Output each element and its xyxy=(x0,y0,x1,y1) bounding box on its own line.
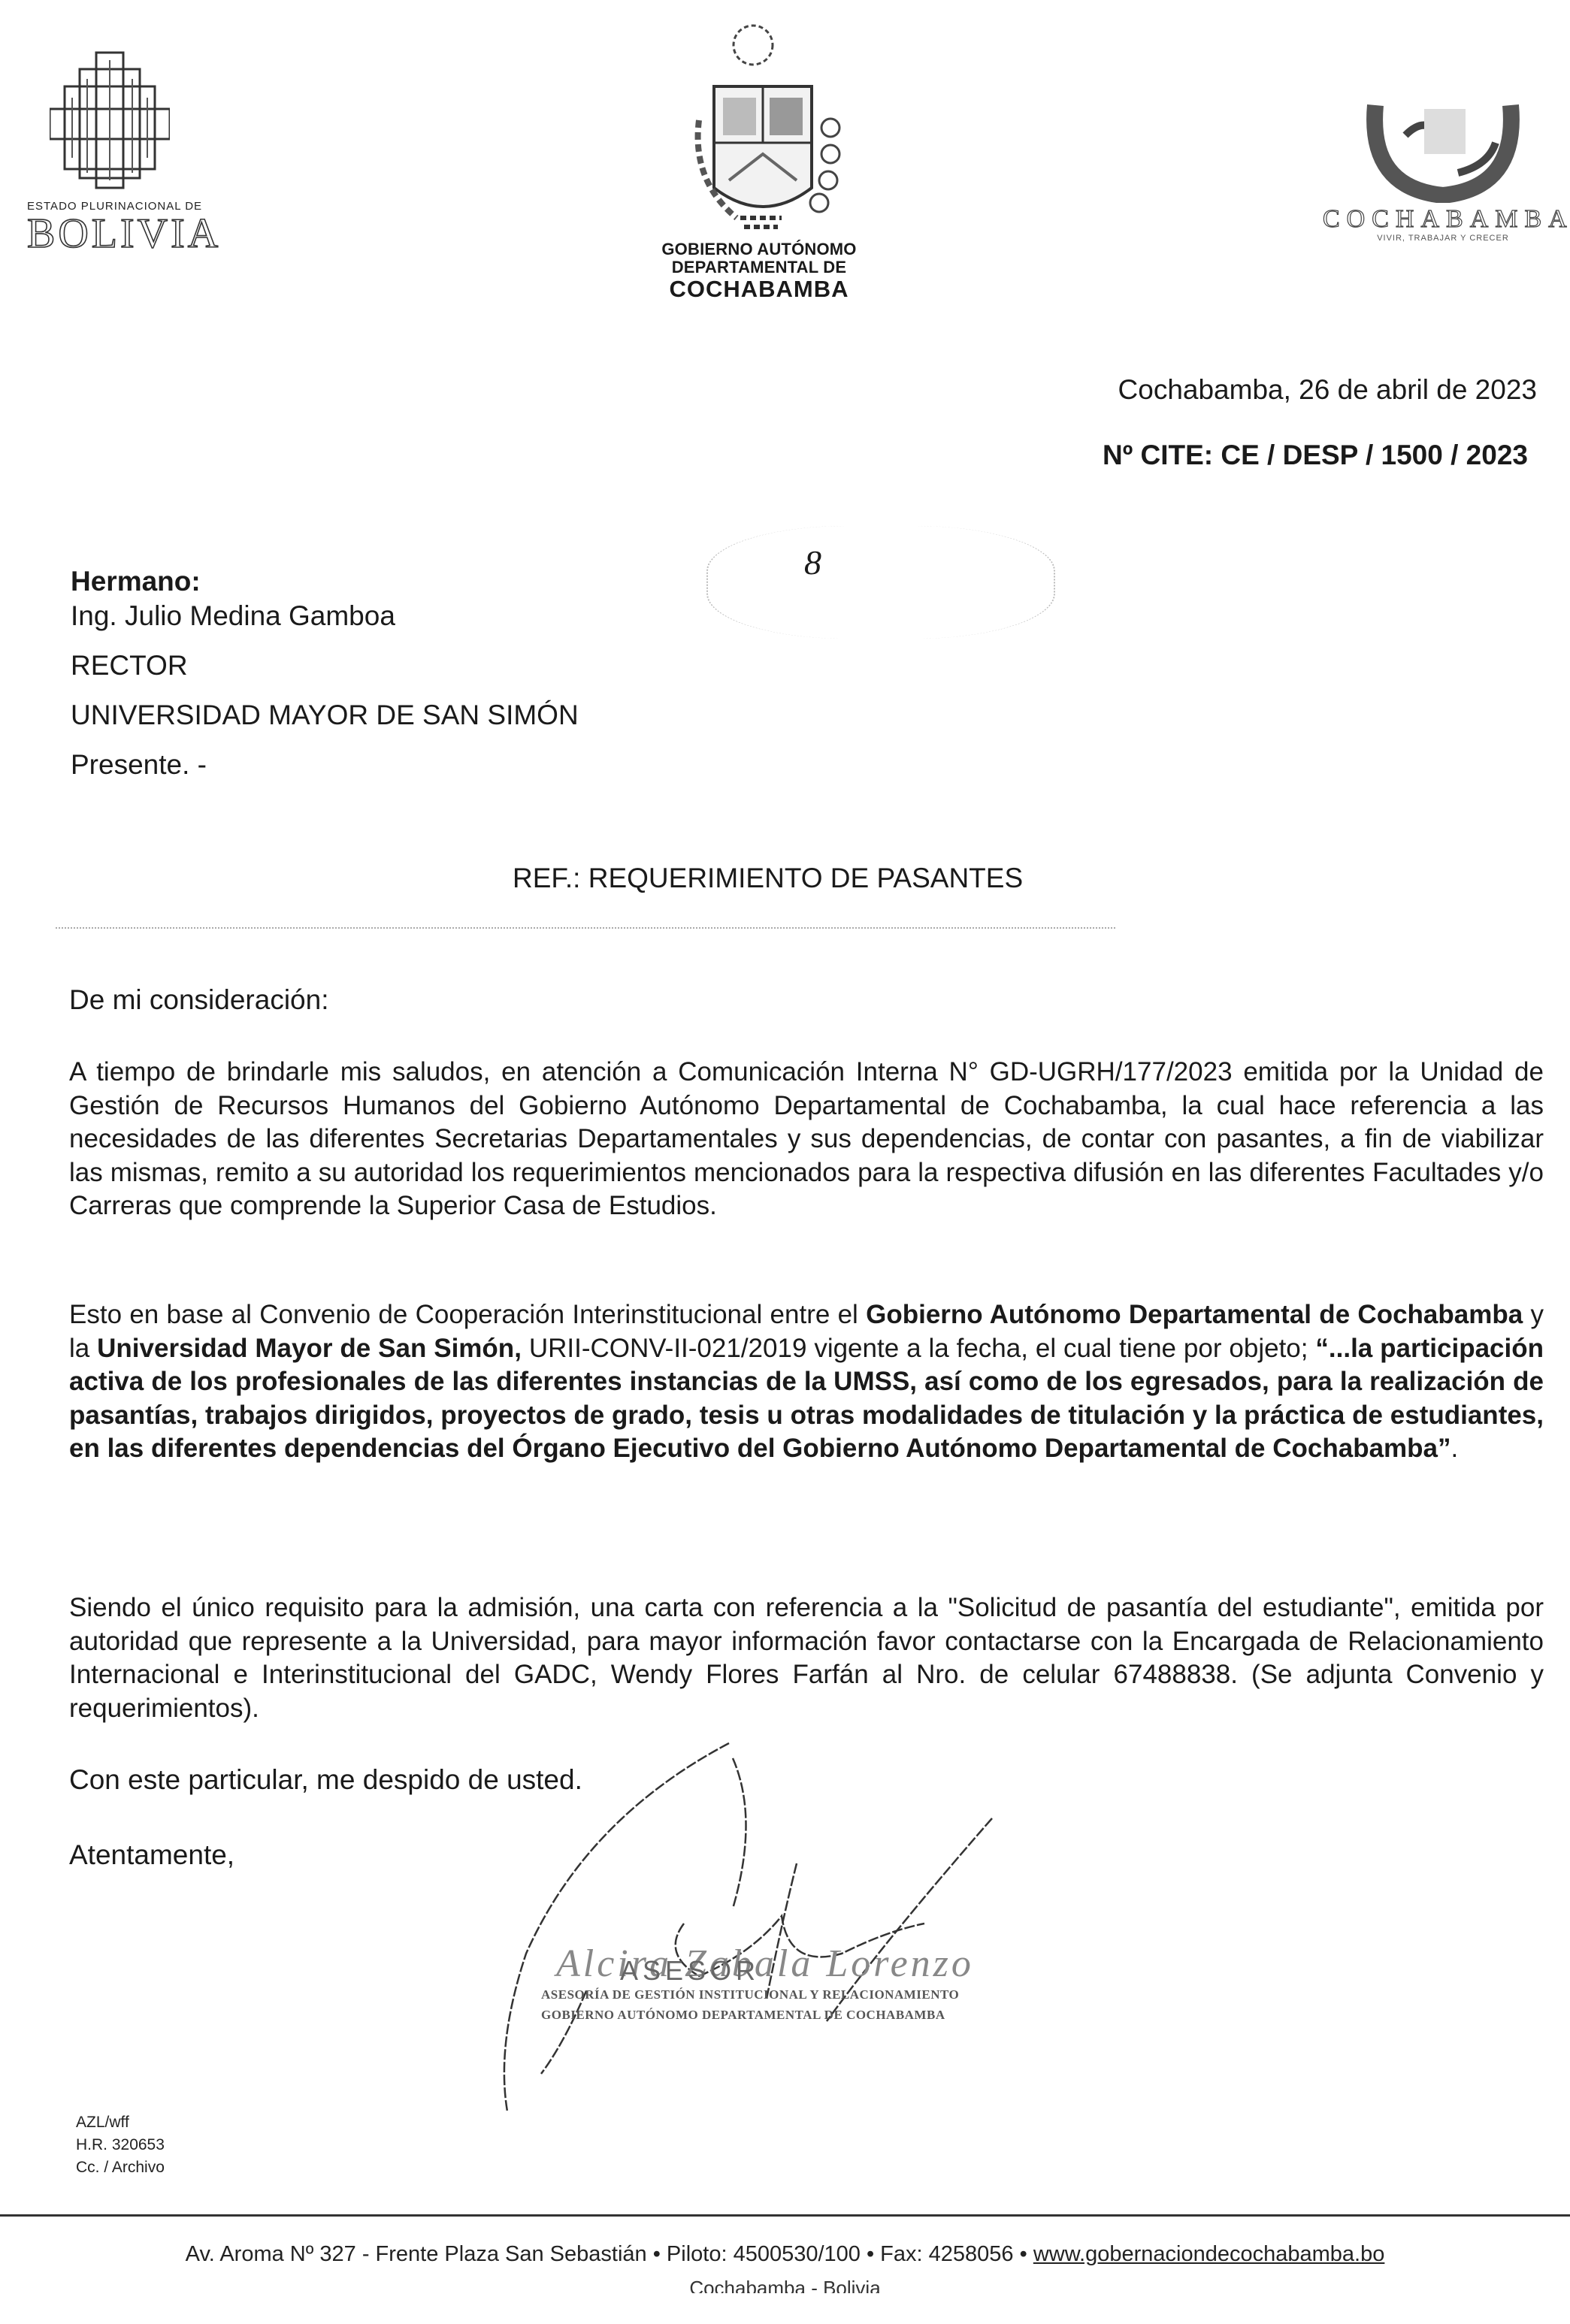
recipient-salutation: Hermano: xyxy=(71,565,579,598)
gadc-name-line: GOBIERNO AUTÓNOMO xyxy=(646,240,872,258)
signature-name-stamp: Alcira Zabala Lorenzo xyxy=(554,1942,974,1985)
signer-title: ASESOR xyxy=(620,1955,760,1987)
p2-bold-gadc: Gobierno Autónomo Departamental de Cocha… xyxy=(866,1300,1523,1329)
cochabamba-brand-logo: COCHABAMBA VIVIR, TRABAJAR Y CRECER xyxy=(1323,75,1563,243)
body-paragraph-3: Siendo el único requisito para la admisi… xyxy=(69,1591,1544,1725)
opening-salutation: De mi consideración: xyxy=(69,984,328,1016)
reference-divider xyxy=(56,927,1115,929)
initials-line: AZL/wff xyxy=(76,2111,165,2134)
body-paragraph-2: Esto en base al Convenio de Cooperación … xyxy=(69,1298,1544,1466)
p2-text: URII-CONV-II-021/2019 vigente a la fecha… xyxy=(522,1334,1315,1363)
footer-address: Av. Aroma Nº 327 - Frente Plaza San Seba… xyxy=(0,2242,1570,2267)
gadc-name-line: DEPARTAMENTAL DE xyxy=(646,258,872,277)
body-paragraph-1: A tiempo de brindarle mis saludos, en at… xyxy=(69,1056,1544,1223)
chakana-cross-icon xyxy=(50,45,170,195)
signer-unit: ASESORÍA DE GESTIÓN INSTITUCIONAL Y RELA… xyxy=(541,1987,959,2002)
initials-line: H.R. 320653 xyxy=(76,2134,165,2156)
footer-address-text: Av. Aroma Nº 327 - Frente Plaza San Seba… xyxy=(186,2242,1033,2266)
regards-line: Atentamente, xyxy=(69,1839,234,1871)
handwritten-signature: Alcira Zabala Lorenzo xyxy=(436,1728,1007,2119)
gadc-logo: GOBIERNO AUTÓNOMO DEPARTAMENTAL DE COCHA… xyxy=(646,15,872,302)
recipient-name: Ing. Julio Medina Gamboa xyxy=(71,600,579,633)
initials-line: Cc. / Archivo xyxy=(76,2156,165,2179)
place-date: Cochabamba, 26 de abril de 2023 xyxy=(1118,374,1537,406)
p2-bold-umss: Universidad Mayor de San Simón, xyxy=(97,1334,522,1363)
recipient-presente: Presente. - xyxy=(71,748,579,781)
bolivia-wordmark: BOLIVIA xyxy=(27,213,224,255)
reference-subject: REF.: REQUERIMIENTO DE PASANTES xyxy=(513,863,1023,894)
signer-institution: GOBIERNO AUTÓNOMO DEPARTAMENTAL DE COCHA… xyxy=(541,2008,945,2023)
bolivia-state-logo: ESTADO PLURINACIONAL DE BOLIVIA xyxy=(21,45,224,255)
recipient-position: RECTOR xyxy=(71,649,579,682)
stamp-handwritten-digit: 8 xyxy=(804,542,821,582)
reception-stamp xyxy=(706,526,1055,639)
reference-initials: AZL/wff H.R. 320653 Cc. / Archivo xyxy=(76,2111,165,2179)
footer-divider xyxy=(0,2214,1570,2217)
cochabamba-wordmark: COCHABAMBA xyxy=(1323,207,1563,232)
cite-number: Nº CITE: CE / DESP / 1500 / 2023 xyxy=(1103,440,1528,471)
cochabamba-slogan: VIVIR, TRABAJAR Y CRECER xyxy=(1323,234,1563,243)
circular-hands-emblem-icon xyxy=(1360,75,1526,203)
p2-text: . xyxy=(1451,1434,1459,1463)
footer-city: Cochabamba - Bolivia xyxy=(0,2277,1570,2293)
coat-of-arms-icon xyxy=(669,15,849,240)
p2-text: Esto en base al Convenio de Cooperación … xyxy=(69,1300,866,1329)
recipient-block: Hermano: Ing. Julio Medina Gamboa RECTOR… xyxy=(71,565,579,798)
recipient-institution: UNIVERSIDAD MAYOR DE SAN SIMÓN xyxy=(71,699,579,732)
footer-website-link[interactable]: www.gobernaciondecochabamba.bo xyxy=(1033,2242,1385,2266)
gadc-name-line: COCHABAMBA xyxy=(646,277,872,302)
